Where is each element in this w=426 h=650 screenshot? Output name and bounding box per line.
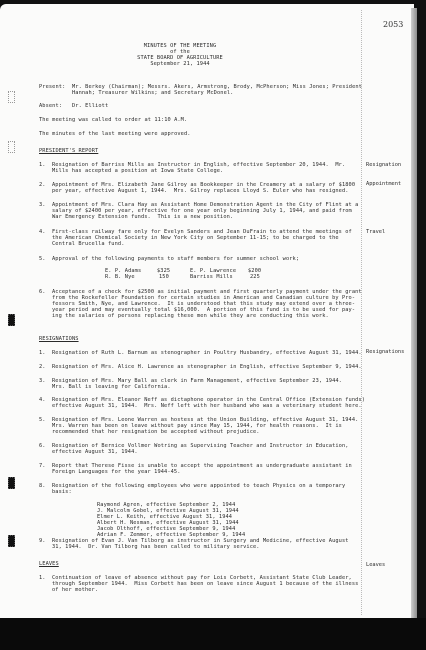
- absent-label: Absent:: [39, 103, 62, 110]
- item-number: 5.: [39, 256, 46, 263]
- item-number: 7.: [39, 463, 46, 470]
- leave-item-1: of her mother.: [52, 587, 98, 594]
- resignation-item-3: Mrs. Ball is leaving for California.: [52, 384, 171, 391]
- margin-note-resignation: Resignation: [366, 162, 401, 168]
- payment-name: R. B. Nye: [105, 274, 135, 281]
- payment-amount: 225: [250, 274, 260, 281]
- item-number: 5.: [39, 417, 46, 424]
- resignations-heading: RESIGNATIONS: [39, 336, 79, 343]
- resignation-item-5: recommended that her resignation be acce…: [52, 429, 260, 436]
- resignation-item-1: Resignation of Ruth L. Barnum as stenogr…: [52, 350, 362, 357]
- resignation-item-4: effective August 31, 1944. Mrs. Neff lef…: [52, 403, 362, 410]
- report-item-6: ing the salaries of persons replacing th…: [52, 313, 329, 320]
- scan-border: [0, 618, 426, 650]
- minutes-approved: The minutes of the last meeting were app…: [39, 131, 191, 138]
- resignation-item-7: Foreign Languages for the year 1944-45.: [52, 469, 181, 476]
- margin-note-leaves: Leaves: [366, 562, 385, 568]
- item-number: 2.: [39, 182, 46, 189]
- report-item-5: Approval of the following payments to st…: [52, 256, 299, 263]
- absent-value: Dr. Elliott: [72, 103, 108, 110]
- item-number: 4.: [39, 229, 46, 236]
- item-number: 9.: [39, 538, 46, 545]
- resignation-item-6: effective August 31, 1944.: [52, 449, 138, 456]
- margin-note-appointment: Appointment: [366, 181, 401, 187]
- payment-name: Barriss Mills: [190, 274, 233, 281]
- margin-marker: [8, 314, 15, 326]
- margin-marker: [8, 477, 15, 489]
- item-number: 6.: [39, 443, 46, 450]
- margin-note-resignations: Resignations: [366, 349, 404, 355]
- margin-marker: [8, 535, 15, 547]
- margin-marker: [8, 141, 15, 153]
- report-item-4: Central Brucella fund.: [52, 241, 125, 248]
- item-number: 6.: [39, 289, 46, 296]
- page-edge: [411, 8, 417, 620]
- report-item-3: War Emergency Extension funds. This is a…: [52, 214, 233, 221]
- resignation-item-9: 31, 1944. Dr. Van Tilborg has been calle…: [52, 544, 260, 551]
- meeting-date: September 21, 1944: [100, 61, 260, 68]
- item-number: 2.: [39, 364, 46, 371]
- item-number: 1.: [39, 575, 46, 582]
- resignation-item-8: basis:: [52, 489, 72, 496]
- item-number: 4.: [39, 397, 46, 404]
- item-number: 3.: [39, 202, 46, 209]
- payment-amount: 150: [159, 274, 169, 281]
- margin-marker: [8, 91, 15, 103]
- report-item-1: Mills has accepted a position at Iowa St…: [52, 168, 223, 175]
- item-number: 1.: [39, 350, 46, 357]
- item-number: 1.: [39, 162, 46, 169]
- called-to-order: The meeting was called to order at 11:10…: [39, 117, 187, 124]
- page-number: 2053: [383, 20, 403, 29]
- item-number: 3.: [39, 378, 46, 385]
- item-number: 8.: [39, 483, 46, 490]
- presidents-report-heading: PRESIDENT'S REPORT: [39, 148, 98, 155]
- margin-rule: [361, 10, 362, 615]
- present-line-2: Hannah; Treasurer Wilkins; and Secretary…: [72, 90, 233, 97]
- resignation-item-8: Resignation of the following employees w…: [52, 483, 345, 490]
- leaves-heading: LEAVES: [39, 561, 59, 568]
- report-item-2: per year, effective August 1, 1944. Mrs.…: [52, 188, 349, 195]
- present-label: Present:: [39, 84, 65, 91]
- margin-note-travel: Travel: [366, 229, 385, 235]
- resignation-item-2: Resignation of Mrs. Alice H. Lawrence as…: [52, 364, 362, 371]
